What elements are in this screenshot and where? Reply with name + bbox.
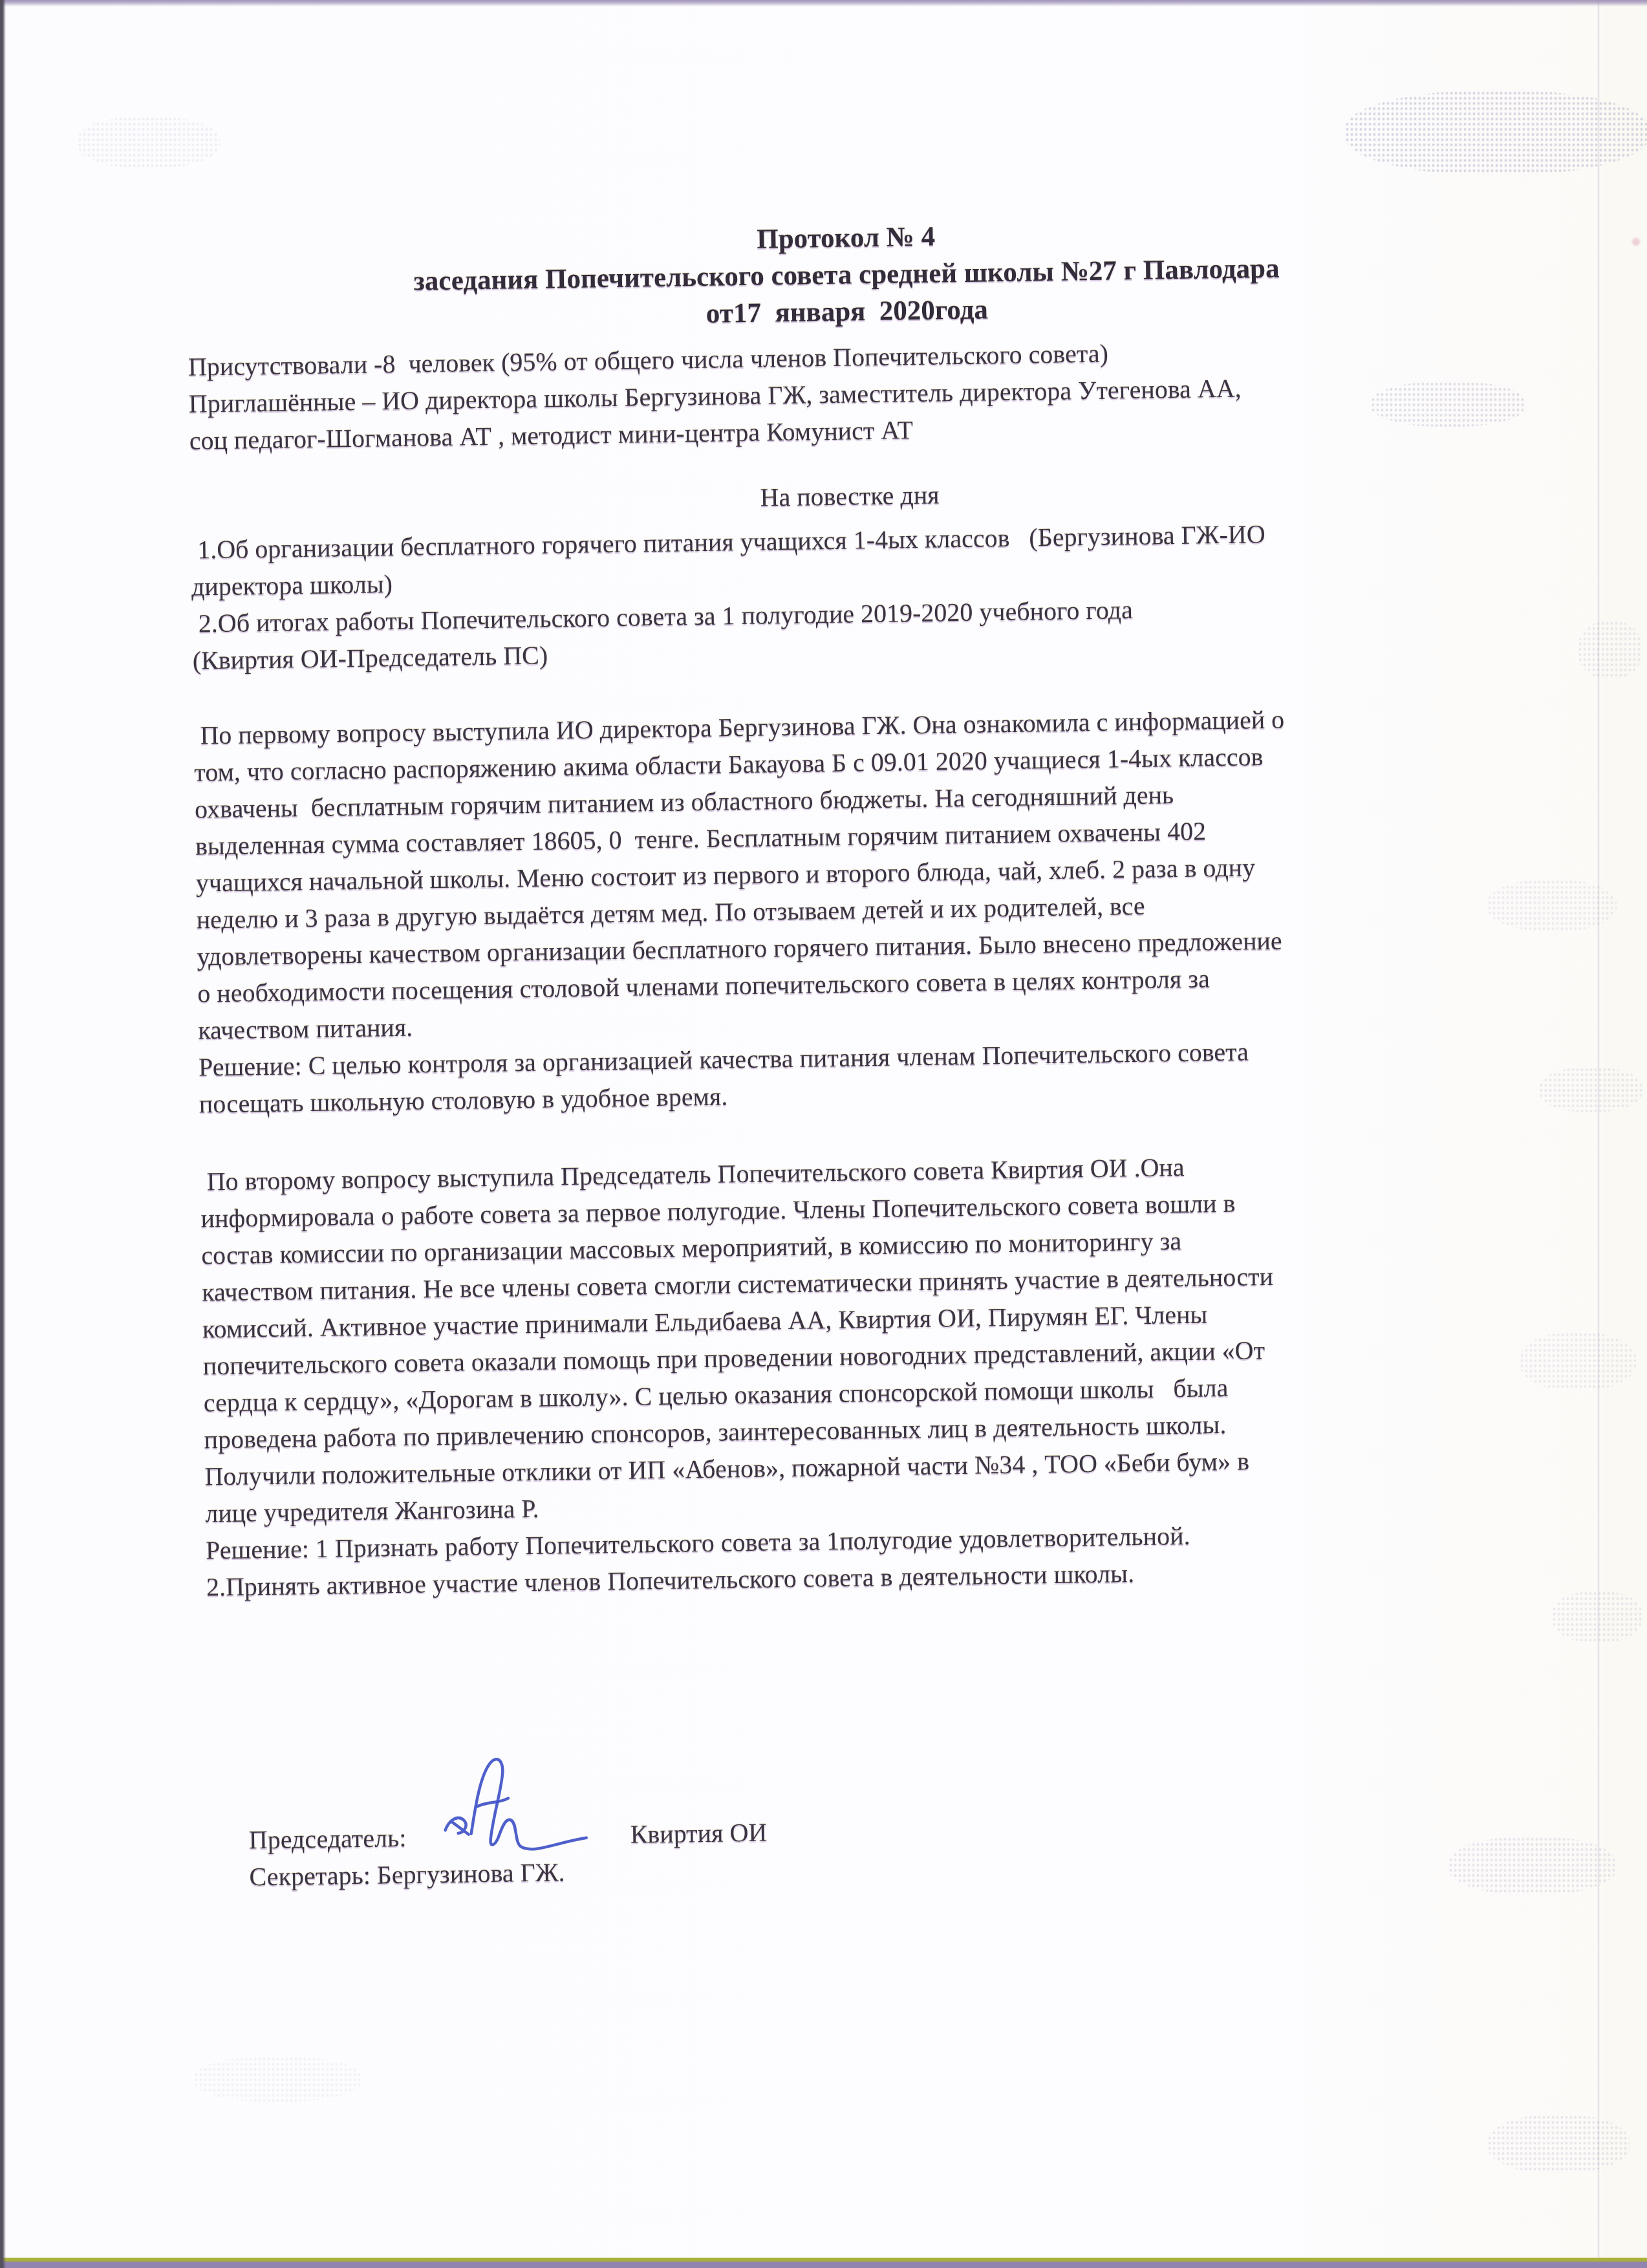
- signature-stroke: [477, 1798, 508, 1807]
- paper-right-tint: [1602, 0, 1647, 2268]
- chairman-label: Председатель:: [248, 1823, 406, 1855]
- bleed-through-smudge: [1552, 1591, 1642, 1643]
- chairman-name: Квиртия ОИ: [630, 1814, 767, 1853]
- question2-paragraph: По второму вопросу выступила Председател…: [200, 1143, 1524, 1531]
- attendance-section: Присутствовали -8 человек (95% от общего…: [188, 329, 1509, 459]
- document-content: Протокол № 4заседания Попечительского со…: [183, 0, 1530, 1895]
- chairman-signature-autograph: [435, 1753, 599, 1869]
- bleed-through-smudge: [1520, 1332, 1636, 1390]
- bleed-through-smudge: [1487, 2115, 1630, 2173]
- scan-edge-bottom-purple: [0, 2262, 1647, 2268]
- scan-edge-left: [0, 0, 6, 2268]
- question1-paragraph: По первому вопросу выступила ИО директор…: [193, 697, 1517, 1048]
- secretary-line: Секретарь: Бергузинова ГЖ.: [249, 1857, 565, 1891]
- scan-edge-top: [0, 0, 1647, 6]
- ink-speck: [1632, 238, 1640, 246]
- bleed-through-smudge: [194, 2057, 362, 2102]
- bleed-through-smudge: [1578, 621, 1642, 679]
- document-title: Протокол № 4заседания Попечительского со…: [186, 210, 1507, 340]
- signature-stroke: [445, 1818, 468, 1835]
- agenda-items: 1.Об организации бесплатного горячего пи…: [191, 512, 1512, 678]
- bleed-through-smudge: [1539, 1067, 1642, 1112]
- paper-edge-line: [1597, 0, 1600, 2268]
